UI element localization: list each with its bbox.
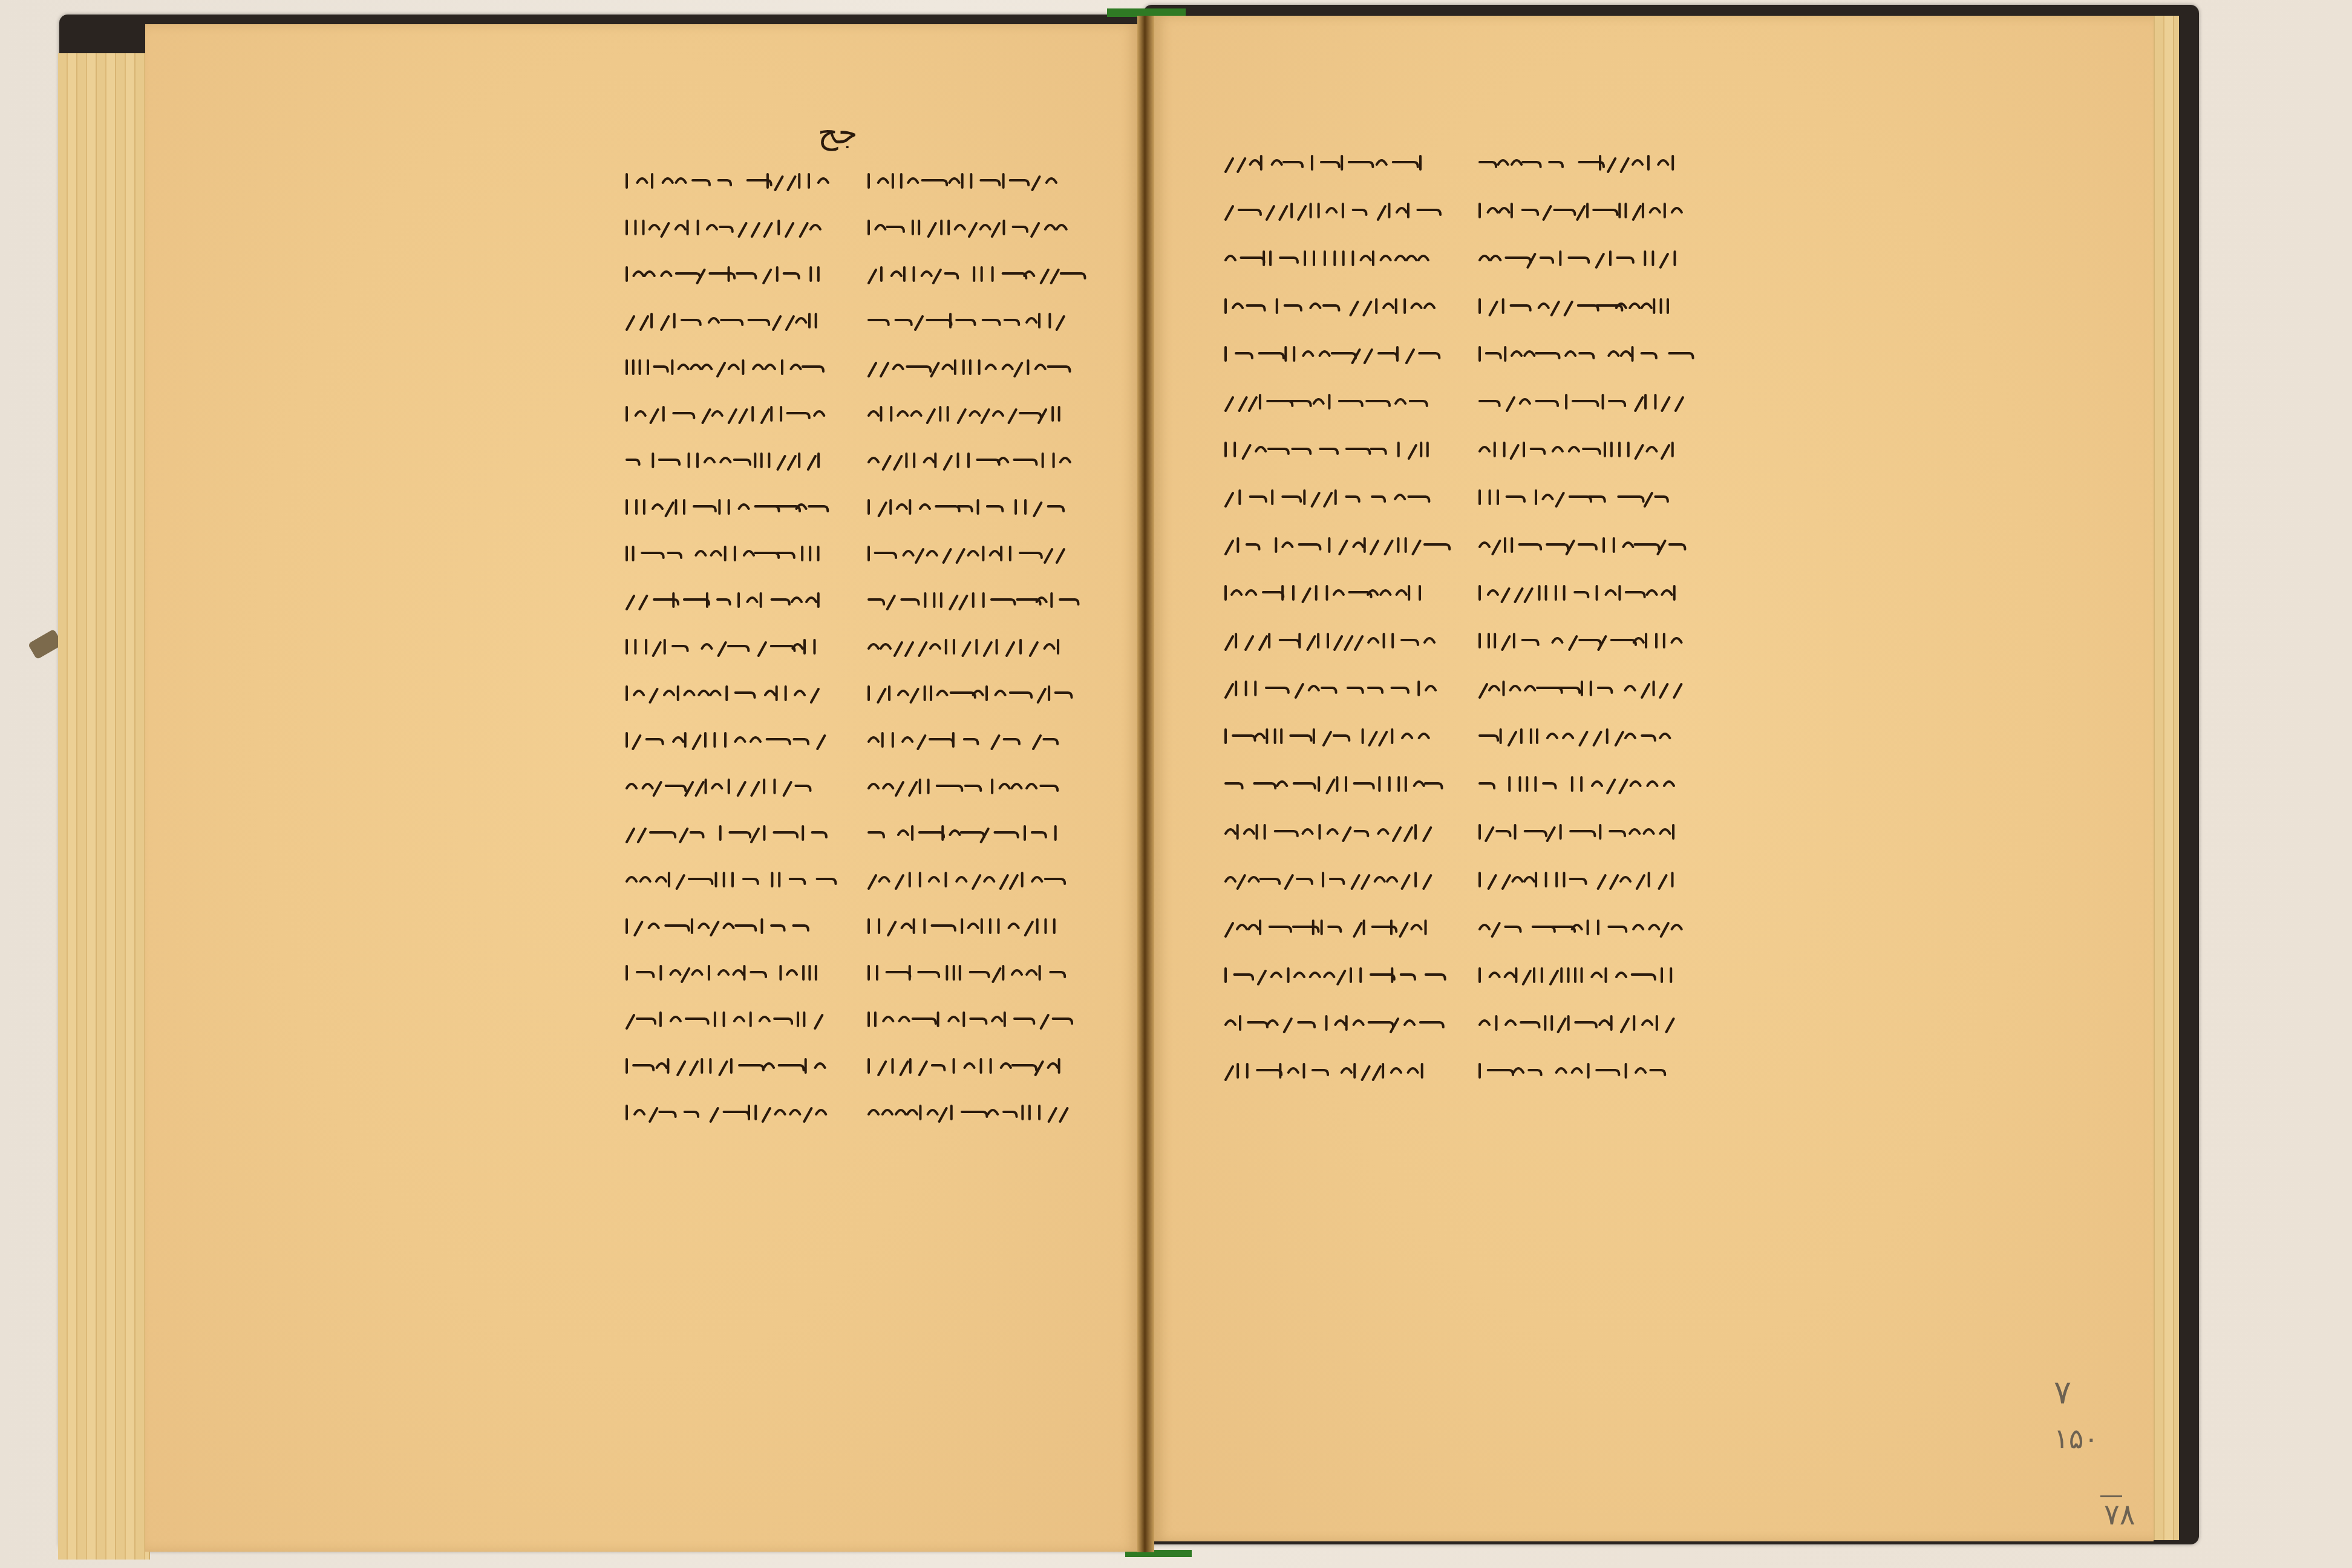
script-line (623, 495, 826, 516)
script-line (623, 682, 826, 702)
script-line (623, 589, 826, 609)
script-line (623, 728, 826, 749)
pencil-note-upper: ۷ (2054, 1376, 2071, 1409)
pencil-overline (2100, 1495, 2122, 1497)
book-gutter (1137, 16, 1154, 1552)
script-line (623, 216, 826, 237)
script-line (1476, 1011, 1682, 1032)
script-line (623, 868, 826, 889)
script-line (1222, 199, 1434, 220)
script-line (865, 402, 1068, 423)
script-line (865, 542, 1068, 563)
script-line (1476, 534, 1682, 554)
left-page-column-inner (865, 169, 1068, 1174)
script-line (1476, 199, 1682, 220)
script-line (865, 961, 1068, 982)
script-line (623, 961, 826, 982)
script-line (1222, 342, 1434, 363)
page-header-mark: ﺟﺢ (818, 115, 858, 151)
script-line (1222, 725, 1434, 745)
script-line (1476, 677, 1682, 697)
script-line (1222, 629, 1434, 650)
script-line (623, 263, 826, 283)
script-line (623, 775, 826, 795)
script-line (623, 915, 826, 935)
script-line (1222, 534, 1434, 554)
script-line (1222, 964, 1434, 984)
script-line (1476, 629, 1682, 650)
script-line (1476, 247, 1682, 267)
script-line (865, 449, 1068, 469)
script-line (1476, 295, 1682, 315)
pencil-folio-number: ۷۸ (2104, 1500, 2135, 1529)
script-line (1476, 342, 1682, 363)
script-line (1476, 486, 1682, 506)
script-line (623, 822, 826, 842)
script-line (865, 915, 1068, 935)
script-line (865, 822, 1068, 842)
right-page-column-outer (1476, 151, 1682, 1131)
script-line (1222, 1059, 1434, 1080)
script-line (865, 1054, 1068, 1075)
script-line (1476, 868, 1682, 889)
script-line (1222, 151, 1434, 172)
script-line (865, 1008, 1068, 1028)
pencil-note-middle: ۱۵۰ (2054, 1425, 2099, 1452)
script-line (623, 402, 826, 423)
script-line (1222, 390, 1434, 411)
script-line (1476, 390, 1682, 411)
script-line (865, 728, 1068, 749)
page-stack-left (58, 53, 150, 1560)
script-line (865, 356, 1068, 376)
script-line (623, 169, 826, 190)
script-line (865, 589, 1068, 609)
script-line (1476, 438, 1682, 459)
script-line (1476, 581, 1682, 602)
script-line (1222, 295, 1434, 315)
script-line (623, 356, 826, 376)
left-page-column-outer (623, 169, 826, 1174)
script-line (1222, 438, 1434, 459)
script-line (623, 309, 826, 330)
script-line (1222, 677, 1434, 697)
script-line (865, 635, 1068, 656)
script-line (865, 216, 1068, 237)
script-line (1222, 486, 1434, 506)
script-line (1222, 868, 1434, 889)
script-line (1222, 820, 1434, 841)
script-line (1222, 581, 1434, 602)
script-line (1222, 773, 1434, 793)
script-line (1476, 1059, 1682, 1080)
script-line (1476, 964, 1682, 984)
script-line (623, 449, 826, 469)
right-page-column-inner (1222, 151, 1434, 1131)
script-line (865, 682, 1068, 702)
script-line (1476, 820, 1682, 841)
script-line (865, 263, 1068, 283)
script-line (1222, 247, 1434, 267)
script-line (865, 169, 1068, 190)
script-line (865, 495, 1068, 516)
script-line (1222, 916, 1434, 936)
script-line (623, 635, 826, 656)
page-stack-right (2154, 16, 2179, 1540)
script-line (623, 1008, 826, 1028)
script-line (1476, 916, 1682, 936)
script-line (623, 1101, 826, 1122)
script-line (865, 1101, 1068, 1122)
script-line (1476, 725, 1682, 745)
script-line (1476, 151, 1682, 172)
script-line (865, 309, 1068, 330)
script-line (1222, 1011, 1434, 1032)
script-line (623, 542, 826, 563)
script-line (623, 1054, 826, 1075)
script-line (865, 868, 1068, 889)
script-line (865, 775, 1068, 795)
script-line (1476, 773, 1682, 793)
